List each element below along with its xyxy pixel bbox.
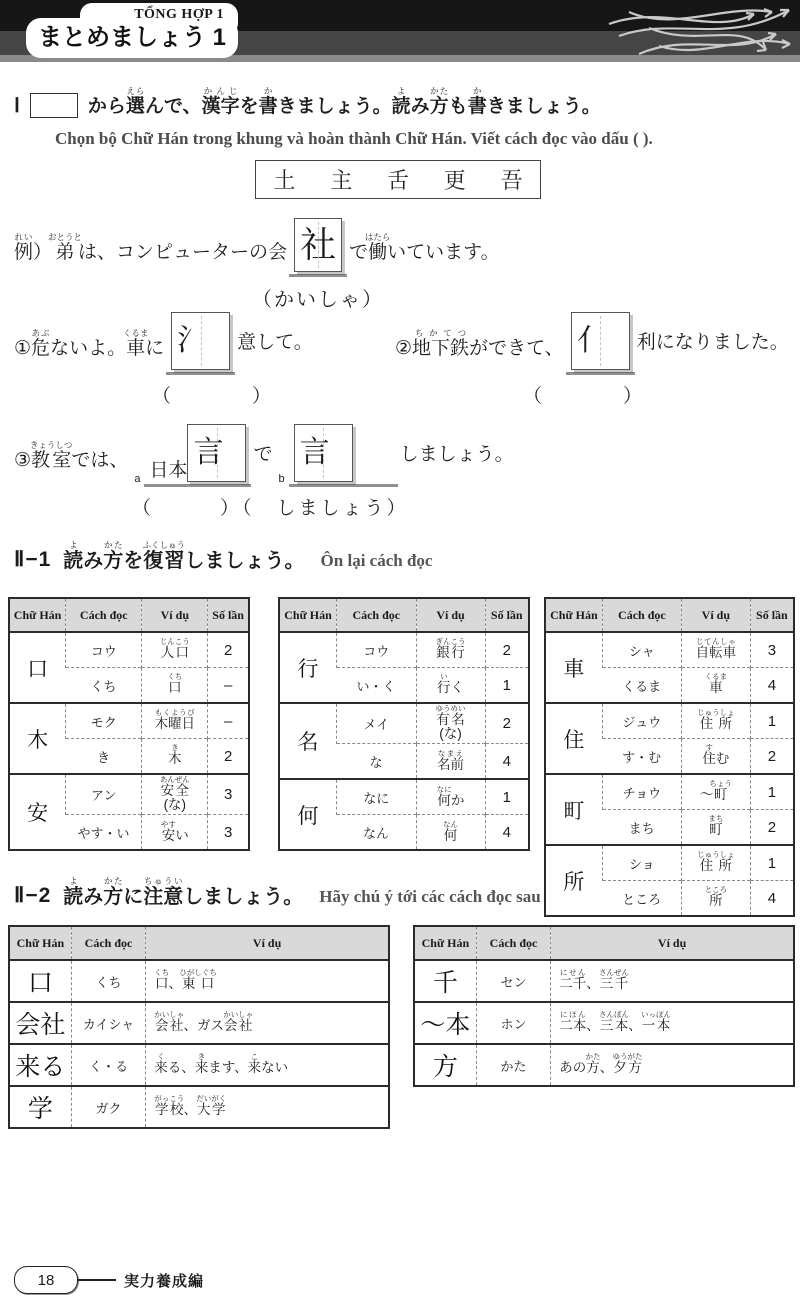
section1-heading: Ⅰ から選えらんで、漢字かんじを書かきましょう。読よみ方かたも書かきましょう。	[14, 86, 601, 118]
column-header: Ví dụ	[681, 598, 750, 632]
ruby-text: 銀行ぎんこう	[436, 645, 466, 660]
q2-pre-text: ②地下鉄ちかてつができて、	[395, 328, 564, 360]
kanji-bank-item: 更	[444, 164, 466, 195]
radical-answer-box: 亻	[571, 312, 630, 370]
text-segment: も	[449, 96, 468, 117]
table-row: 方かたあの方かた、夕方ゆうがた	[414, 1044, 794, 1086]
q1-reading-blank: （ ）	[152, 381, 313, 408]
attention-table-1: Chữ HánCách đọcVí dụ口くち口くち、東口ひがしぐち会社カイシャ…	[8, 925, 390, 1129]
kanji-cell: 口	[9, 960, 71, 1002]
section2-1-vn-title: Ôn lại cách đọc	[321, 551, 433, 572]
example-cell: 住所じゅうしょ	[681, 845, 750, 881]
reading-cell: カイシャ	[71, 1002, 145, 1044]
example-cell: 会社かいしゃ、ガス会社かいしゃ	[146, 1002, 389, 1044]
text-segment: ②	[395, 338, 412, 359]
column-header: Cách đọc	[71, 926, 145, 960]
count-cell: 3	[750, 632, 794, 668]
ruby-text: 方かた	[586, 1060, 600, 1075]
count-cell: 2	[485, 703, 529, 744]
kanji-cell: 町	[545, 774, 602, 845]
count-cell: 4	[750, 668, 794, 704]
question-2: ②地下鉄ちかてつができて、 亻 利になりました。 （ ）	[395, 312, 789, 408]
text-segment: 、	[628, 1018, 642, 1033]
example-cell: 町まち	[681, 810, 750, 846]
text-segment: は、コンピューターの	[78, 242, 268, 263]
text-segment: 、ガス	[183, 1018, 224, 1033]
kanji-cell: 木	[9, 703, 66, 774]
reading-cell: くち	[71, 960, 145, 1002]
column-header: Ví dụ	[146, 926, 389, 960]
ruby-text: 注意ちゅうい	[143, 886, 183, 908]
text-segment: しましょう。	[183, 886, 303, 908]
example-answer-blank: 社	[289, 218, 347, 277]
example-cell: 二本にほん、三本さんぼん、一本いっぽん	[551, 1002, 794, 1044]
kanji-cell: 口	[9, 632, 66, 703]
table-row: 千セン二千にせん、三千さんぜん	[414, 960, 794, 1002]
text-segment: 日本	[149, 460, 187, 481]
column-header: Chữ Hán	[279, 598, 337, 632]
ruby-text: 方かた	[103, 886, 123, 908]
page-number: 18	[38, 1272, 55, 1289]
count-cell: –	[208, 668, 249, 704]
ruby-text: 読よ	[63, 886, 83, 908]
header-row: Chữ HánCách đọcVí dụ	[9, 926, 389, 960]
count-cell: 4	[485, 815, 529, 851]
text-segment: る、	[168, 1060, 195, 1075]
ruby-text: 教室きょうしつ	[31, 450, 71, 471]
text-segment: む	[716, 751, 730, 766]
ruby-text: 木き	[168, 751, 182, 766]
text-segment: しましょう。	[400, 444, 514, 465]
ruby-text: 三千さんぜん	[600, 976, 629, 991]
reading-cell: く・る	[71, 1044, 145, 1086]
q3-sub-label-b: b	[278, 473, 284, 485]
column-header: Chữ Hán	[9, 598, 66, 632]
ruby-text: 住所じゅうしょ	[697, 858, 735, 873]
example-cell: 銀行ぎんこう	[416, 632, 485, 668]
ruby-text: 方かた	[103, 550, 123, 572]
table-row: 〜本ホン二本にほん、三本さんぼん、一本いっぽん	[414, 1002, 794, 1044]
section1-numeral: Ⅰ	[14, 93, 20, 118]
example-cell: 口くち	[142, 668, 208, 704]
table-row: 安アン安全あんぜん(な)3	[9, 774, 249, 815]
column-header: Cách đọc	[602, 598, 681, 632]
q2-reading-blank: （ ）	[523, 381, 789, 408]
example-cell: 木き	[142, 739, 208, 775]
ruby-text: 住す	[702, 751, 716, 766]
question-3-sentence: ③教室きょうしつでは、 a 日本 言 で b 言 しましょう。	[14, 424, 514, 487]
example-cell: 行いく	[416, 668, 485, 704]
text-segment: で	[253, 444, 272, 465]
count-cell: 1	[750, 845, 794, 881]
ruby-text: 安全あんぜん	[160, 783, 190, 798]
q1-post-text: 意して。	[237, 333, 313, 354]
reading-cell: セン	[476, 960, 550, 1002]
ruby-text: 読よ	[392, 96, 411, 117]
ruby-text: 口くち	[154, 976, 168, 991]
kanji-cell: 行	[279, 632, 337, 703]
q3-reading-blanks: （ ）（ しましょう）	[132, 493, 514, 520]
ruby-text: 地下鉄ちかてつ	[412, 338, 469, 359]
header-row: Chữ HánCách đọcVí dụ	[414, 926, 794, 960]
kanji-cell: 車	[545, 632, 602, 703]
reading-cell: まち	[602, 810, 681, 846]
reading-table: Chữ HánCách đọcVí dụSố lần行コウ銀行ぎんこう2い・く行…	[278, 597, 530, 851]
ruby-text: 書か	[259, 96, 278, 117]
column-header: Cách đọc	[66, 598, 142, 632]
header-row: Chữ HánCách đọcVí dụSố lần	[279, 598, 529, 632]
ruby-text: 人口じんこう	[160, 645, 190, 660]
table-row: 住ジュウ住所じゅうしょ1	[545, 703, 794, 739]
kanji-cell: 来る	[9, 1044, 71, 1086]
text-segment: 、	[586, 1018, 600, 1033]
example-cell: 安全あんぜん(な)	[142, 774, 208, 815]
text-segment: い	[175, 828, 189, 843]
text-segment: ①	[14, 338, 31, 359]
reading-cell: くち	[66, 668, 142, 704]
ruby-text: 二本にほん	[559, 1018, 586, 1033]
q3-reading-b: （ しましょう）	[242, 498, 409, 519]
column-header: Chữ Hán	[545, 598, 602, 632]
q3-particle-text: で	[253, 445, 272, 466]
ruby-text: 何なん	[443, 828, 458, 843]
footer-line	[78, 1279, 116, 1282]
q1-pre-text: ①危あぶないよ。車くるまに	[14, 328, 164, 360]
page-footer: 18 実力養成編	[14, 1266, 204, 1294]
example-cell: 住所じゅうしょ	[681, 703, 750, 739]
q3-reading-a: （ ）	[132, 498, 242, 519]
column-header: Ví dụ	[416, 598, 485, 632]
radical-answer-box: 言	[294, 424, 353, 482]
ruby-text: 働はたら	[368, 242, 387, 263]
text-segment: あの	[559, 1060, 586, 1075]
ruby-text: 町ちょう	[713, 787, 732, 802]
ruby-text: 車くるま	[705, 680, 728, 695]
text-segment: か	[451, 793, 465, 808]
text-segment: 会	[268, 242, 287, 263]
count-cell: 2	[208, 632, 249, 668]
reading-cell: す・む	[602, 739, 681, 775]
q3-answer-blank-b: 言	[289, 424, 398, 487]
ruby-text: 弟おとうと	[52, 242, 78, 263]
text-segment: 、	[183, 1102, 197, 1117]
ruby-text: 復習ふくしゅう	[143, 550, 184, 572]
example-cell: あの方かた、夕方ゆうがた	[551, 1044, 794, 1086]
kanji-bank-item: 主	[330, 164, 352, 195]
example-cell: 名前なまえ	[416, 744, 485, 780]
ruby-text: 方かた	[430, 96, 449, 117]
text-segment: に	[145, 338, 164, 359]
ruby-text: 書か	[468, 96, 487, 117]
ruby-text: 来く	[154, 1060, 168, 1075]
kanji-cell: 安	[9, 774, 66, 850]
section2-2-title: 読よみ方かたに注意ちゅういしましょう。	[63, 876, 303, 908]
table-row: 会社カイシャ会社かいしゃ、ガス会社かいしゃ	[9, 1002, 389, 1044]
q3-mid-text: 日本	[149, 461, 187, 482]
reading-cell: い・く	[337, 668, 416, 704]
radical-answer-box: 言	[187, 424, 246, 482]
ruby-text: 学校がっこう	[154, 1102, 183, 1117]
example-cell: 自転車じてんしゃ	[681, 632, 750, 668]
text-segment: み	[83, 550, 103, 572]
reading-cell: チョウ	[602, 774, 681, 810]
example-cell: 安やすい	[142, 815, 208, 851]
reading-cell: き	[66, 739, 142, 775]
reading-cell: コウ	[66, 632, 142, 668]
text-segment: いています。	[387, 242, 499, 263]
example-cell: 人口じんこう	[142, 632, 208, 668]
header-bar: TỔNG HỢP 1 まとめましょう 1	[0, 0, 800, 62]
count-cell: 3	[208, 815, 249, 851]
text-segment: (な)	[164, 797, 187, 812]
kanji-bank-item: 舌	[387, 164, 409, 195]
count-cell: 3	[208, 774, 249, 815]
column-header: Số lần	[208, 598, 249, 632]
section1-vn-instruction: Chọn bộ Chữ Hán trong khung và hoàn thàn…	[55, 129, 653, 149]
example-cell: 何なにか	[416, 779, 485, 815]
kanji-cell: 千	[414, 960, 476, 1002]
question-2-sentence: ②地下鉄ちかてつができて、 亻 利になりました。	[395, 312, 789, 375]
reading-table: Chữ HánCách đọcVí dụSố lần口コウ人口じんこう2くち口く…	[8, 597, 250, 851]
ruby-text: 来き	[195, 1060, 209, 1075]
example-cell: 木曜日もくようび	[142, 703, 208, 739]
column-header: Số lần	[485, 598, 529, 632]
kanji-cell: 方	[414, 1044, 476, 1086]
reading-cell: ところ	[602, 881, 681, 917]
text-segment: を	[123, 550, 143, 572]
example-post-text: で働はたらいています。	[349, 232, 500, 264]
reading-cell: くるま	[602, 668, 681, 704]
table-row: 行コウ銀行ぎんこう2	[279, 632, 529, 668]
column-header: Số lần	[750, 598, 794, 632]
example-cell: 有名ゆうめい(な)	[416, 703, 485, 744]
reading-cell: ショ	[602, 845, 681, 881]
count-cell: –	[208, 703, 249, 739]
ruby-text: 有名ゆうめい	[436, 712, 466, 727]
radical-answer-box: 氵	[171, 312, 230, 370]
count-cell: 2	[750, 739, 794, 775]
count-cell: 4	[485, 744, 529, 780]
example-reading: （かいしゃ）	[252, 283, 500, 312]
kanji-bank-reference-box	[30, 93, 78, 118]
text-segment: を	[240, 96, 259, 117]
footer-label: 実力養成編	[124, 1270, 204, 1291]
reading-cell: やす・い	[66, 815, 142, 851]
ruby-text: 夕方ゆうがた	[613, 1060, 642, 1075]
curved-arrows-icon	[604, 2, 794, 62]
reading-cell: ガク	[71, 1086, 145, 1128]
count-cell: 2	[208, 739, 249, 775]
kanji-cell: 〜本	[414, 1002, 476, 1044]
text-segment: きましょう。	[487, 96, 601, 117]
reading-cell: なに	[337, 779, 416, 815]
kanji-cell: 名	[279, 703, 337, 779]
kanji-cell: 住	[545, 703, 602, 774]
ruby-text: 何なに	[437, 793, 451, 808]
reading-cell: ホン	[476, 1002, 550, 1044]
text-segment: 意して。	[237, 332, 313, 353]
reading-table-2: Chữ HánCách đọcVí dụSố lần行コウ銀行ぎんこう2い・く行…	[278, 597, 530, 851]
count-cell: 1	[750, 774, 794, 810]
example-cell: 住すむ	[681, 739, 750, 775]
table-row: 車シャ自転車じてんしゃ3	[545, 632, 794, 668]
count-cell: 2	[485, 632, 529, 668]
q2-answer-blank: 亻	[566, 312, 635, 375]
column-header: Chữ Hán	[414, 926, 476, 960]
ruby-text: 口くち	[167, 680, 182, 695]
ruby-text: 安やす	[161, 828, 175, 843]
count-cell: 1	[485, 779, 529, 815]
text-segment: み	[411, 96, 430, 117]
kanji-cell: 会社	[9, 1002, 71, 1044]
ruby-text: 来こ	[248, 1060, 262, 1075]
text-segment: み	[83, 886, 103, 908]
ruby-text: 例れい	[14, 242, 33, 263]
table-row: 口コウ人口じんこう2	[9, 632, 249, 668]
example-cell: 学校がっこう、大学だいがく	[146, 1086, 389, 1128]
reading-cell: かた	[476, 1044, 550, 1086]
ruby-text: 自転車じてんしゃ	[696, 645, 737, 660]
text-segment: ないよ。	[50, 338, 126, 359]
table-row: 木モク木曜日もくようび–	[9, 703, 249, 739]
column-header: Ví dụ	[551, 926, 794, 960]
text-segment: (な)	[439, 726, 462, 741]
reading-cell: アン	[66, 774, 142, 815]
q3-answer-blank-a: 日本 言	[144, 424, 251, 487]
kanji-cell: 学	[9, 1086, 71, 1128]
column-header: Chữ Hán	[9, 926, 71, 960]
ruby-text: 行い	[437, 680, 451, 695]
q3-pre-text: ③教室きょうしつでは、	[14, 440, 128, 472]
q1-answer-blank: 氵	[166, 312, 235, 375]
column-header: Cách đọc	[337, 598, 416, 632]
ruby-text: 読よ	[63, 550, 83, 572]
kanji-bank-item: 吾	[501, 164, 523, 195]
q3-sub-label-a: a	[134, 473, 140, 485]
unit-jp-title: まとめましょう 1	[38, 17, 226, 52]
q3-post-text: しましょう。	[400, 445, 514, 466]
text-segment: んで、	[145, 96, 202, 117]
kanji-answer-box: 社	[294, 218, 342, 272]
header-row: Chữ HánCách đọcVí dụSố lần	[9, 598, 249, 632]
ruby-text: 町まち	[708, 822, 723, 837]
ruby-text: 危あぶ	[31, 338, 50, 359]
count-cell: 4	[750, 881, 794, 917]
text-segment: に	[123, 886, 143, 908]
text-segment: ない	[261, 1060, 288, 1075]
ruby-text: 名前なまえ	[437, 757, 464, 772]
example-cell: 所ところ	[681, 881, 750, 917]
count-cell: 1	[750, 703, 794, 739]
header-row: Chữ HánCách đọcVí dụSố lần	[545, 598, 794, 632]
question-3: ③教室きょうしつでは、 a 日本 言 で b 言 しましょう。 （ ）（ しまし…	[14, 424, 514, 520]
section2-1-numeral: Ⅱ−1	[14, 547, 51, 572]
question-1: ①危あぶないよ。車くるまに 氵 意して。 （ ）	[14, 312, 313, 408]
ruby-text: 二千にせん	[559, 976, 586, 991]
ruby-text: 漢字かんじ	[202, 96, 240, 117]
ruby-text: 大学だいがく	[197, 1102, 226, 1117]
example-cell: 二千にせん、三千さんぜん	[551, 960, 794, 1002]
example-sentence: 例れい）弟おとうとは、コンピューターの会 社 で働はたらいています。	[14, 218, 500, 277]
table-row: 名メイ有名ゆうめい(な)2	[279, 703, 529, 744]
table-row: 学ガク学校がっこう、大学だいがく	[9, 1086, 389, 1128]
text-segment: から	[88, 96, 126, 117]
table-row: 来るく・る来くる、来きます、来こない	[9, 1044, 389, 1086]
example-cell: 〜町ちょう	[681, 774, 750, 810]
example-block: 例れい）弟おとうとは、コンピューターの会 社 で働はたらいています。 （かいしゃ…	[14, 218, 500, 312]
kanji-bank-item: 土	[273, 164, 295, 195]
text-segment: ③	[14, 450, 31, 471]
reading-cell: モク	[66, 703, 142, 739]
ruby-text: 住所じゅうしょ	[697, 716, 735, 731]
ruby-text: 東口ひがしぐち	[182, 976, 217, 991]
ruby-text: 車くるま	[126, 338, 145, 359]
column-header: Ví dụ	[142, 598, 208, 632]
ruby-text: 所ところ	[705, 893, 728, 908]
example-pre-text: 例れい）弟おとうとは、コンピューターの会	[14, 232, 287, 264]
question-1-sentence: ①危あぶないよ。車くるまに 氵 意して。	[14, 312, 313, 375]
reading-cell: ジュウ	[602, 703, 681, 739]
table-row: 口くち口くち、東口ひがしぐち	[9, 960, 389, 1002]
reading-cell: なん	[337, 815, 416, 851]
reading-table-1: Chữ HánCách đọcVí dụSố lần口コウ人口じんこう2くち口く…	[8, 597, 250, 851]
text-segment: では、	[71, 450, 128, 471]
reading-table: Chữ HánCách đọcVí dụ口くち口くち、東口ひがしぐち会社カイシャ…	[8, 925, 390, 1129]
reading-table: Chữ HánCách đọcVí dụSố lần車シャ自転車じてんしゃ3くる…	[544, 597, 795, 917]
ruby-text: 会社かいしゃ	[154, 1018, 183, 1033]
kanji-bank-box: 土主舌更吾	[255, 160, 541, 199]
example-cell: 車くるま	[681, 668, 750, 704]
text-segment: きましょう。	[278, 96, 392, 117]
ruby-text: 選えら	[126, 96, 145, 117]
reading-cell: シャ	[602, 632, 681, 668]
text-segment: く	[451, 680, 465, 695]
example-cell: 何なん	[416, 815, 485, 851]
section2-1-heading: Ⅱ−1 読よみ方かたを復習ふくしゅうしましょう。 Ôn lại cách đọc	[14, 540, 432, 572]
kanji-cell: 所	[545, 845, 602, 916]
text-segment: 、	[586, 976, 600, 991]
attention-table-2: Chữ HánCách đọcVí dụ千セン二千にせん、三千さんぜん〜本ホン二…	[413, 925, 795, 1087]
example-cell: 来くる、来きます、来こない	[146, 1044, 389, 1086]
ruby-text: 一本いっぽん	[642, 1018, 671, 1033]
column-header: Cách đọc	[476, 926, 550, 960]
ruby-text: 三本さんぼん	[600, 1018, 629, 1033]
reading-table: Chữ HánCách đọcVí dụ千セン二千にせん、三千さんぜん〜本ホン二…	[413, 925, 795, 1087]
unit-badge: TỔNG HỢP 1 まとめましょう 1	[26, 3, 238, 58]
ruby-text: 会社かいしゃ	[224, 1018, 253, 1033]
page-number-pill: 18	[14, 1266, 78, 1294]
count-cell: 2	[750, 810, 794, 846]
section2-1-title: 読よみ方かたを復習ふくしゅうしましょう。	[63, 540, 304, 572]
table-row: 何なに何なにか1	[279, 779, 529, 815]
table-row: 町チョウ〜町ちょう1	[545, 774, 794, 810]
text-segment: ます、	[208, 1060, 247, 1075]
reading-cell: な	[337, 744, 416, 780]
ruby-text: 木曜日もくようび	[155, 716, 196, 731]
reading-cell: コウ	[337, 632, 416, 668]
text-segment: ができて、	[469, 338, 564, 359]
section2-2-heading: Ⅱ−2 読よみ方かたに注意ちゅういしましょう。 Hãy chú ý tới cá…	[14, 876, 541, 908]
section2-2-numeral: Ⅱ−2	[14, 883, 51, 908]
q2-post-text: 利になりました。	[637, 333, 789, 354]
kanji-cell: 何	[279, 779, 337, 850]
text-segment: しましょう。	[185, 550, 305, 572]
reading-table-3: Chữ HánCách đọcVí dụSố lần車シャ自転車じてんしゃ3くる…	[544, 597, 795, 917]
section2-2-vn-title: Hãy chú ý tới các cách đọc sau	[319, 887, 540, 908]
count-cell: 1	[485, 668, 529, 704]
example-cell: 口くち、東口ひがしぐち	[146, 960, 389, 1002]
section1-instruction: から選えらんで、漢字かんじを書かきましょう。読よみ方かたも書かきましょう。	[88, 86, 601, 118]
